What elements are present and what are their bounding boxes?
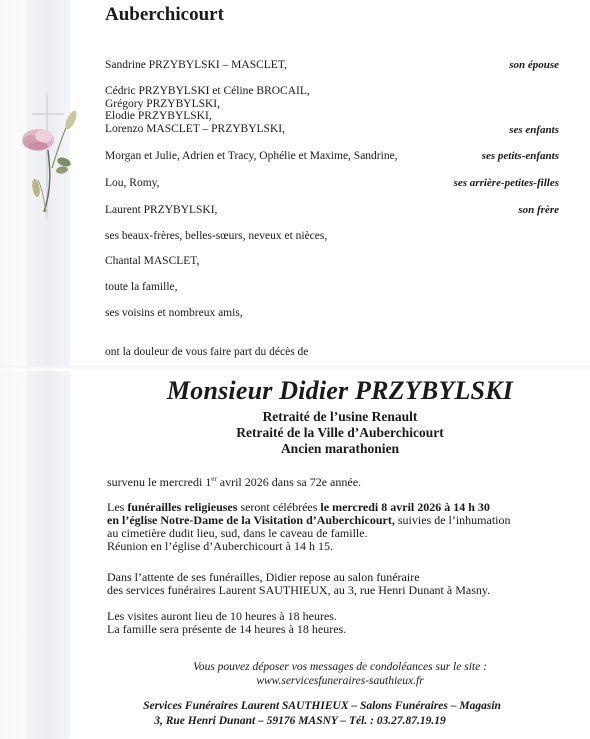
funeral-home-info: Services Funéraires Laurent SAUTHIEUX – … [27, 699, 590, 729]
relation-label: ses enfants [509, 124, 559, 136]
announcement-text: ont la douleur de vous faire part du déc… [105, 346, 308, 358]
family-name: Morgan et Julie, Adrien et Tracy, Ophéli… [105, 150, 398, 162]
family-name: Laurent PRZYBYLSKI, [105, 204, 217, 216]
family-name: Grégory PRZYBYLSKI, [105, 98, 310, 111]
deceased-name: Monsieur Didier PRZYBYLSKI [0, 376, 590, 406]
relation-label: ses arrière-petites-filles [454, 177, 559, 189]
funeral-info: Les funérailles religieuses seront céléb… [107, 501, 511, 553]
funeral-location: en l’église Notre-Dame de la Visitation … [107, 513, 395, 527]
text: seront célébrées [237, 500, 320, 514]
family-name: toute la famille, [105, 281, 178, 293]
funeral-line-4: Réunion en l’église d’Auberchicourt à 14… [107, 540, 511, 553]
visits-line-2: La famille sera présente de 14 heures à … [107, 623, 346, 636]
deceased-title: Ancien marathonien [45, 441, 590, 457]
deceased-titles: Retraité de l’usine Renault Retraité de … [45, 409, 590, 457]
obituary-document: Auberchicourt Sandrine PRZYBYLSKI – MASC… [0, 0, 590, 739]
condolences-url[interactable]: www.servicesfuneraires-sauthieux.fr [45, 674, 590, 688]
visits-info: Les visites auront lieu de 10 heures à 1… [107, 610, 346, 636]
family-name: Chantal MASCLET, [105, 255, 199, 267]
emphasis: funérailles religieuses [127, 500, 237, 514]
family-name: Sandrine PRZYBYLSKI – MASCLET, [105, 59, 287, 71]
condolences-text: Vous pouvez déposer vos messages de cond… [45, 660, 590, 674]
condolences-info: Vous pouvez déposer vos messages de cond… [45, 660, 590, 688]
family-name: ses beaux-frères, belles-sœurs, neveux e… [105, 230, 327, 242]
town-heading: Auberchicourt [105, 4, 224, 26]
family-name: Lorenzo MASCLET – PRZYBYLSKI, [105, 123, 310, 136]
family-name: Cédric PRZYBYLSKI et Céline BROCAIL, [105, 85, 310, 98]
deceased-title: Retraité de l’usine Renault [45, 409, 590, 425]
death-date-suffix: avril 2026 dans sa 72e année. [217, 475, 361, 489]
relation-label: ses petits-enfants [482, 150, 559, 162]
family-names-children: Cédric PRZYBYLSKI et Céline BROCAIL, Gré… [105, 85, 310, 135]
funeral-home-address: 3, Rue Henri Dunant – 59176 MASNY – Tél.… [0, 714, 590, 729]
funeral-home-name: Services Funéraires Laurent SAUTHIEUX – … [27, 699, 590, 714]
family-name: Lou, Romy, [105, 177, 160, 189]
family-name: ses voisins et nombreux amis, [105, 307, 243, 319]
death-date-prefix: survenu le mercredi 1 [107, 475, 211, 489]
relation-label: son épouse [509, 59, 559, 71]
rest-line-2: des services funéraires Laurent SAUTHIEU… [107, 584, 490, 597]
rest-info: Dans l’attente de ses funérailles, Didie… [107, 571, 490, 597]
relation-label: son frère [518, 204, 559, 216]
death-date: survenu le mercredi 1er avril 2026 dans … [107, 473, 361, 489]
family-name: Elodie PRZYBYLSKI, [105, 110, 310, 123]
funeral-date: le mercredi 8 avril 2026 à 14 h 30 [320, 500, 490, 514]
text: suivies de l’inhumation [395, 513, 511, 527]
text: Les [107, 500, 127, 514]
deceased-title: Retraité de la Ville d’Auberchicourt [45, 425, 590, 441]
